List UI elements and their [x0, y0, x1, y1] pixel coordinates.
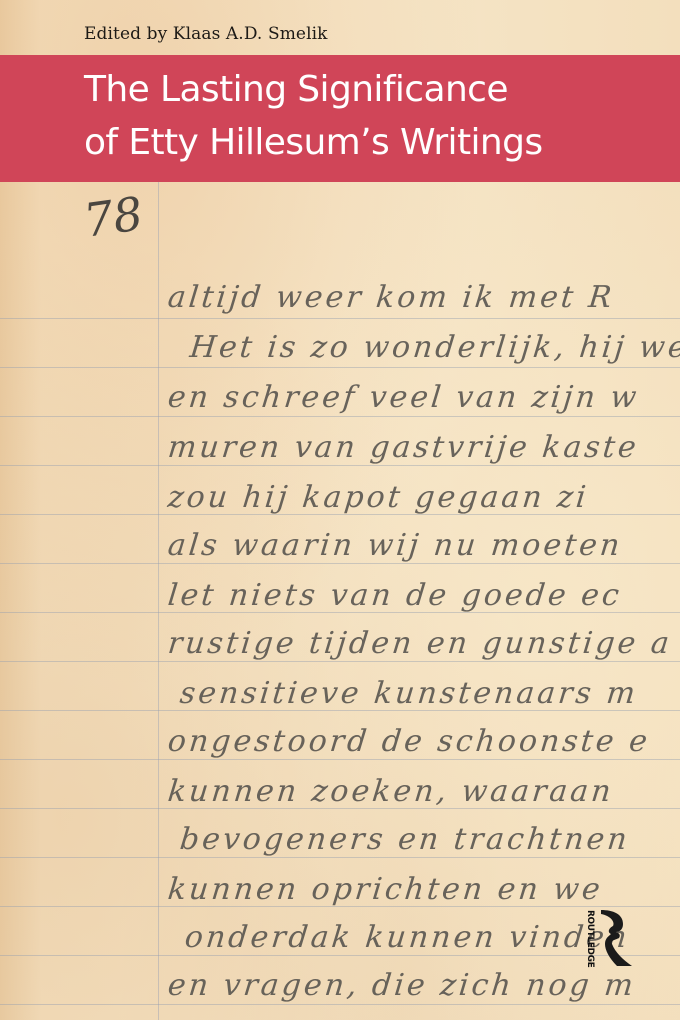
handwriting-line: rustige tijden en gunstige a — [166, 626, 674, 661]
editor-credit: Edited by Klaas A.D. Smelik — [84, 24, 328, 44]
handwriting-line: muren van gastvrije kaste — [166, 430, 640, 465]
handwriting-line: als waarin wij nu moeten — [166, 528, 624, 563]
title-line-1: The Lasting Significance — [84, 63, 543, 116]
publisher-name: ROUTLEDGE — [581, 910, 595, 970]
handwriting-line: en schreef veel van zijn w — [166, 380, 641, 415]
handwriting-line: ongestoord de schoonste e — [166, 724, 652, 759]
margin-line — [158, 182, 159, 1020]
routledge-logo: ROUTLEDGE — [583, 910, 635, 970]
book-title: The Lasting Significance of Etty Hillesu… — [84, 63, 543, 169]
handwriting-line: Het is zo wonderlijk, hij we — [188, 330, 680, 365]
handwriting-line: kunnen oprichten en we — [166, 872, 604, 907]
ruled-line — [0, 318, 680, 319]
ruled-line — [0, 661, 680, 662]
handwriting-line: altijd weer kom ik met R — [166, 280, 616, 315]
manuscript-page-number: 78 — [81, 186, 146, 248]
routledge-r-icon — [599, 910, 633, 966]
ruled-line — [0, 857, 680, 858]
handwriting-line: let niets van de goede ec — [166, 578, 624, 613]
ruled-line — [0, 563, 680, 564]
ruled-line — [0, 955, 680, 956]
ruled-line — [0, 1004, 680, 1005]
ruled-line — [0, 465, 680, 466]
handwriting-line: zou hij kapot gegaan zi — [166, 480, 590, 515]
handwriting-line: onderdak kunnen vinden — [183, 920, 631, 955]
ruled-line — [0, 416, 680, 417]
ruled-line — [0, 759, 680, 760]
ruled-line — [0, 367, 680, 368]
title-line-2: of Etty Hillesum’s Writings — [84, 116, 543, 169]
handwriting-line: kunnen zoeken, waaraan — [166, 774, 615, 809]
handwriting-line: bevogeners en trachtnen — [178, 822, 631, 857]
handwriting-line: sensitieve kunstenaars m — [178, 676, 640, 711]
handwriting-line: en vragen, die zich nog m — [166, 968, 638, 1003]
